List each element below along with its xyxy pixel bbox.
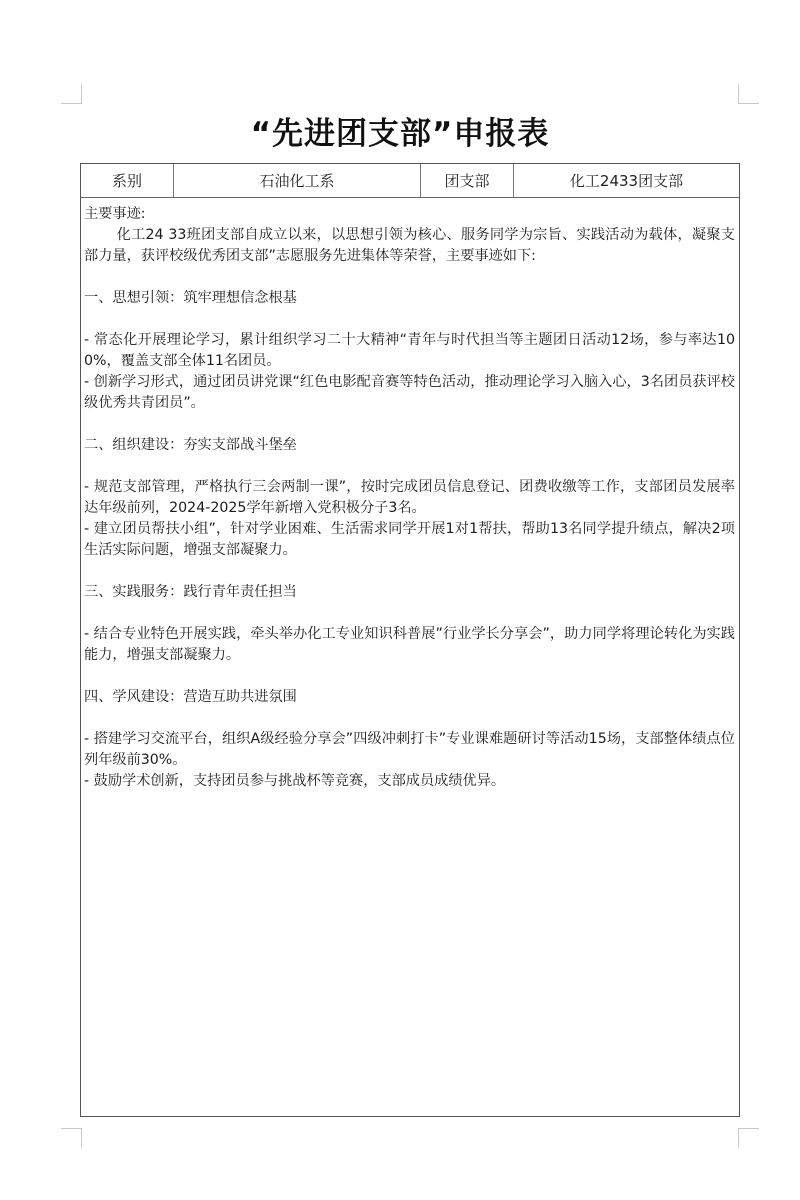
page-corner-mark-bottom-right — [738, 1128, 759, 1148]
achievements-label: 主要事迹: — [84, 204, 735, 225]
page-corner-mark-top-right — [738, 84, 759, 104]
branch-value-cell[interactable]: 化工2433团支部 — [514, 164, 739, 197]
section-bullet: - 常态化开展理论学习，累计组织学习二十大精神“青年与时代担当等主题团日活动12… — [84, 330, 735, 372]
main-achievements-cell[interactable]: 主要事迹: 化工24 33班团支部自成立以来，以思想引领为核心、服务同学为宗旨、… — [81, 198, 739, 792]
section-heading-study-style: 四、学风建设：营造互助共进氛围 — [84, 687, 735, 708]
section-bullet: - 建立团员帮扶小组”，针对学业困难、生活需求同学开展1对1帮扶，帮助13名同学… — [84, 519, 735, 561]
page-title: “先进团支部”申报表 — [0, 108, 800, 153]
section-bullet: - 创新学习形式，通过团员讲党课“红色电影配音赛等特色活动，推动理论学习入脑入心… — [84, 372, 735, 414]
department-label-cell: 系别 — [81, 164, 174, 197]
section-bullet: - 鼓励学术创新，支持团员参与挑战杯等竞赛，支部成员成绩优异。 — [84, 771, 735, 792]
department-value-cell[interactable]: 石油化工系 — [174, 164, 421, 197]
section-heading-organization: 二、组织建设：夯实支部战斗堡垒 — [84, 435, 735, 456]
application-form-table: 系别 石油化工系 团支部 化工2433团支部 主要事迹: 化工24 33班团支部… — [80, 163, 740, 1117]
page-corner-mark-bottom-left — [61, 1128, 82, 1148]
section-bullet: - 规范支部管理，严格执行三会两制一课”，按时完成团员信息登记、团费收缴等工作，… — [84, 477, 735, 519]
intro-paragraph: 化工24 33班团支部自成立以来，以思想引领为核心、服务同学为宗旨、实践活动为载… — [84, 225, 735, 267]
page-corner-mark-top-left — [61, 84, 82, 104]
section-heading-practice: 三、实践服务：践行青年责任担当 — [84, 582, 735, 603]
section-heading-ideology: 一、思想引领：筑牢理想信念根基 — [84, 288, 735, 309]
section-bullet: - 搭建学习交流平台，组织A级经验分享会”四级冲刺打卡”专业课难题研讨等活动15… — [84, 729, 735, 771]
form-header-row: 系别 石油化工系 团支部 化工2433团支部 — [81, 164, 739, 198]
branch-label-cell: 团支部 — [421, 164, 514, 197]
section-bullet: - 结合专业特色开展实践，牵头举办化工专业知识科普展”行业学长分享会”，助力同学… — [84, 624, 735, 666]
